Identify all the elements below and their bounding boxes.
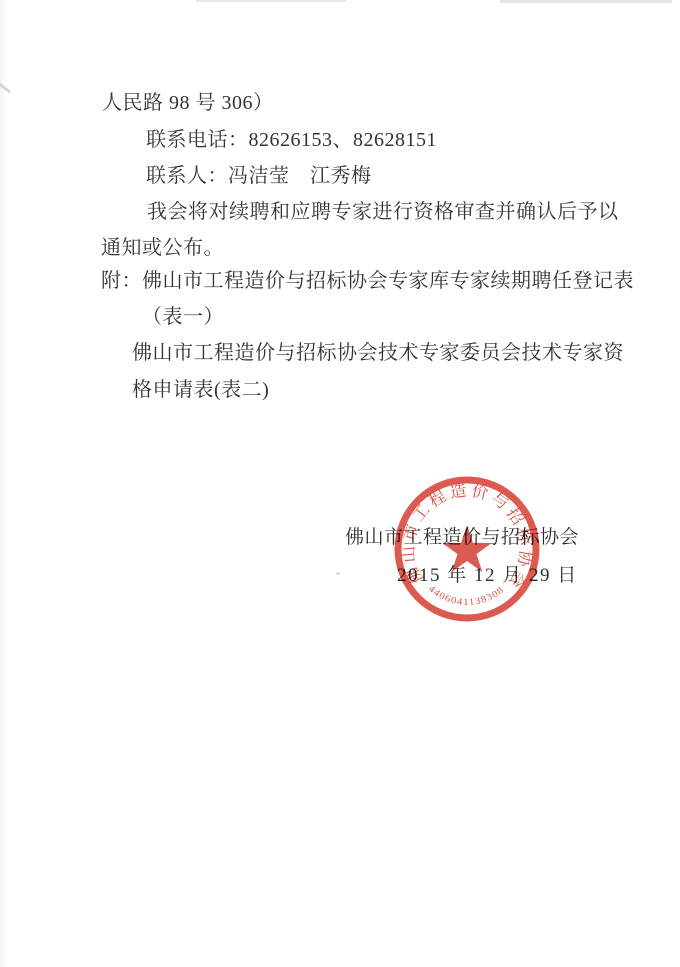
doc-line-attachment-2: 佛山市工程造价与招标协会技术专家委员会技术专家资	[132, 336, 624, 365]
doc-line-review-notice: 我会将对续聘和应聘专家进行资格审查并确认后予以	[147, 195, 619, 224]
official-seal: 佛山市工程造价与招标协会 4406041138308	[392, 474, 542, 624]
scan-artifact	[196, 0, 346, 2]
doc-line-attachment-2-cont: 格申请表(表二)	[132, 373, 269, 402]
seal-number: 4406041138308	[426, 584, 507, 608]
scan-edge-shadow	[0, 0, 7, 967]
doc-line-attachment-1-cont: （表一）	[142, 300, 224, 329]
scan-artifact	[336, 572, 340, 575]
scanned-document-page: 人民路 98 号 306） 联系电话：82626153、82628151 联系人…	[0, 0, 680, 967]
doc-line-attachment-1: 附：佛山市工程造价与招标协会专家库专家续期聘任登记表	[101, 264, 634, 293]
doc-line-phone: 联系电话：82626153、82628151	[146, 123, 437, 152]
seal-number-container: 4406041138308	[426, 584, 507, 608]
doc-line-contacts: 联系人：冯洁莹 江秀梅	[146, 159, 372, 188]
scan-artifact	[500, 0, 672, 3]
doc-line-address: 人民路 98 号 306）	[102, 86, 274, 115]
doc-line-review-notice-cont: 通知或公布。	[101, 231, 224, 260]
seal-star-icon	[442, 525, 491, 572]
